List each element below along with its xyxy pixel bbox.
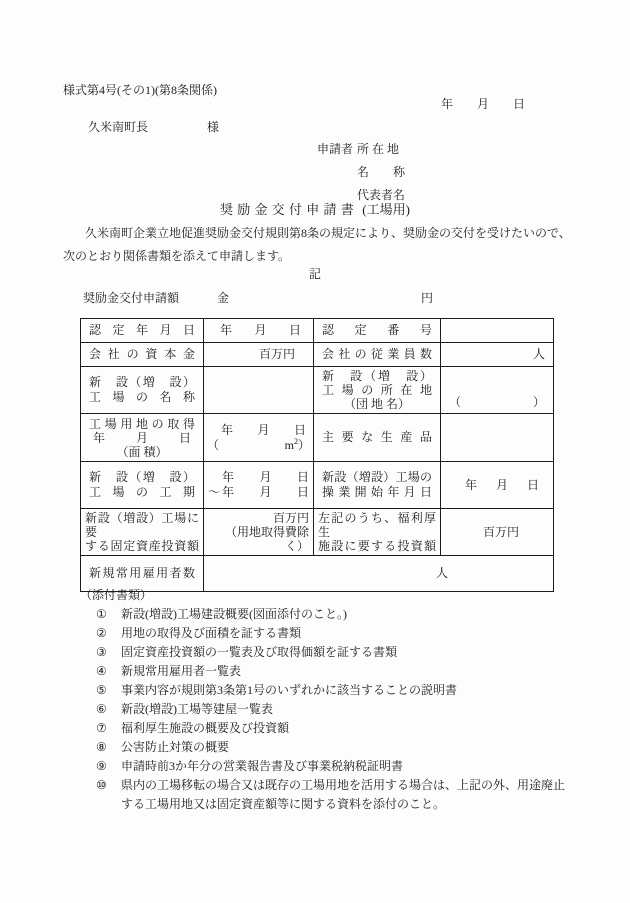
paren-open: （ xyxy=(207,438,219,453)
attachment-item-text: する工場用地又は固定資産額等に関する資料を添付のこと。 xyxy=(121,795,580,814)
cell-construction-period-label: 新 設（増 設） 工場の工期 xyxy=(81,462,204,509)
amount-label: 奨励金交付申請額 xyxy=(83,291,179,306)
document-title-main: 奨 励 金 交 付 申 請 書 xyxy=(220,202,354,217)
addressee: 久米南町長 xyxy=(88,120,148,135)
cell-factory-name-value xyxy=(204,367,314,414)
cell-welfare-investment-value: 百万円 xyxy=(441,509,554,556)
document-page: 様式第4号(その1)(第8条関係) 年 月 日 久米南町長 様 申請者 所 在 … xyxy=(0,0,630,903)
paren-close: ） xyxy=(533,395,545,410)
attachment-item-text: 福利厚生施設の概要及び投資額 xyxy=(121,719,580,738)
attachment-item-text: 公害防止対策の概要 xyxy=(121,738,580,757)
attachment-item-text: 新規常用雇用者一覧表 xyxy=(121,662,580,681)
body-line-1: 久米南町企業立地促進奨励金交付規則第8条の規定により、奨励金の交付を受けたいので… xyxy=(85,226,571,241)
attachment-item-text: 固定資産投資額の一覧表及び取得価額を証する書類 xyxy=(121,643,580,662)
attachment-item-number: ⑥ xyxy=(96,700,121,719)
table-row: 会社の資本金 百万円 会社の従業員数 人 xyxy=(81,343,554,367)
cell-land-acquisition-value: 年 月 日 （ m2） xyxy=(204,414,314,462)
amount-prefix: 金 xyxy=(217,291,229,306)
document-title: 奨 励 金 交 付 申 請 書(工場用) xyxy=(0,202,630,218)
cell-certification-date-value: 年 月 日 xyxy=(204,319,314,343)
cell-main-products-label: 主要な生産品 xyxy=(314,414,441,462)
attachment-item: ⑤ 事業内容が規則第3条第1号のいずれかに該当することの説明書 xyxy=(96,681,580,700)
attachment-list: ① 新設(増設)工場建設概要(図面添付のこと。) ② 用地の取得及び面積を証する… xyxy=(80,605,580,814)
cell-fixed-asset-investment-value: 百万円 （用地取得費除く） xyxy=(204,509,314,556)
attachment-item-number: ① xyxy=(96,605,121,624)
applicant-address-label: 所 在 地 xyxy=(357,142,399,157)
document-title-suffix: (工場用) xyxy=(362,202,410,217)
attachment-item-number xyxy=(96,795,121,814)
record-mark: 記 xyxy=(0,267,630,282)
cell-fixed-asset-investment-label: 新設（増設）工場に要 する固定資産投資額 xyxy=(81,509,204,556)
attachment-item-number: ② xyxy=(96,624,121,643)
attachment-item: ③ 固定資産投資額の一覧表及び取得価額を証する書類 xyxy=(96,643,580,662)
cell-factory-location-value: （ ） xyxy=(441,367,554,414)
attachment-item-number: ⑧ xyxy=(96,738,121,757)
cell-welfare-investment-label: 左記のうち、福利厚生 施設に要する投資額 xyxy=(314,509,441,556)
attachment-item: ② 用地の取得及び面積を証する書類 xyxy=(96,624,580,643)
attachment-item: ⑥ 新設(増設)工場等建屋一覧表 xyxy=(96,700,580,719)
attachment-item-number: ⑩ xyxy=(96,776,121,795)
cell-capital-unit: 百万円 xyxy=(204,343,314,367)
attachment-item: ⑩ 県内の工場移転の場合又は既存の工場用地を活用する場合は、上記の外、用途廃止 xyxy=(96,776,580,795)
attachments-heading: （添付書類） xyxy=(80,586,580,605)
cell-employees-unit: 人 xyxy=(441,343,554,367)
amount-suffix: 円 xyxy=(421,291,433,306)
cell-certification-number-value xyxy=(441,319,554,343)
date-year-label: 年 xyxy=(441,97,453,112)
cell-factory-name-label: 新 設（増 設） 工場の名称 xyxy=(81,367,204,414)
area-unit: m2） xyxy=(285,438,310,453)
attachment-item: ④ 新規常用雇用者一覧表 xyxy=(96,662,580,681)
cell-certification-date-label: 認定年月日 xyxy=(81,319,204,343)
table-row: 新 設（増 設） 工場の工期 年 月 日 ～ xyxy=(81,462,554,509)
applicant-representative-label: 代表者名 xyxy=(357,188,405,203)
table-row: 認定年月日 年 月 日 認定番号 xyxy=(81,319,554,343)
paren-open: （ xyxy=(449,395,461,410)
attachments-section: （添付書類） ① 新設(増設)工場建設概要(図面添付のこと。) ② 用地の取得及… xyxy=(80,586,580,814)
attachment-item-text: 用地の取得及び面積を証する書類 xyxy=(121,624,580,643)
cell-employees-label: 会社の従業員数 xyxy=(314,343,441,367)
table-row: 工場用地の取得 年 月 日 （面 積） 年 月 日 （ xyxy=(81,414,554,462)
cell-certification-number-label: 認定番号 xyxy=(314,319,441,343)
date-day-label: 日 xyxy=(513,97,525,112)
attachment-item: する工場用地又は固定資産額等に関する資料を添付のこと。 xyxy=(96,795,580,814)
date-month-label: 月 xyxy=(477,97,489,112)
cell-main-products-value xyxy=(441,414,554,462)
applicant-name-label: 名 称 xyxy=(357,165,405,180)
date-line: 年 月 日 xyxy=(441,97,525,112)
cell-operation-start-label: 新設（増設）工場の 操業開始年月日 xyxy=(314,462,441,509)
cell-operation-start-value: 年 月 日 xyxy=(441,462,554,509)
attachment-item-number: ⑤ xyxy=(96,681,121,700)
cell-capital-label: 会社の資本金 xyxy=(81,343,204,367)
attachment-item: ⑧ 公害防止対策の概要 xyxy=(96,738,580,757)
attachment-item-number: ③ xyxy=(96,643,121,662)
form-number: 様式第4号(その1)(第8条関係) xyxy=(63,83,217,98)
attachment-item-number: ⑦ xyxy=(96,719,121,738)
cell-factory-location-label: 新 設（増 設） 工場の所在地 （団 地 名） xyxy=(314,367,441,414)
table-row: 新設（増設）工場に要 する固定資産投資額 百万円 （用地取得費除く） 左記のうち… xyxy=(81,509,554,556)
attachment-item-text: 申請時前3か年分の営業報告書及び事業税納税証明書 xyxy=(121,757,580,776)
cell-land-acquisition-label: 工場用地の取得 年 月 日 （面 積） xyxy=(81,414,204,462)
attachment-item: ⑦ 福利厚生施設の概要及び投資額 xyxy=(96,719,580,738)
attachment-item-number: ⑨ xyxy=(96,757,121,776)
attachment-item-text: 県内の工場移転の場合又は既存の工場用地を活用する場合は、上記の外、用途廃止 xyxy=(121,776,580,795)
table-row: 新 設（増 設） 工場の名称 新 設（増 設） 工場の所在地 （団 地 名） （… xyxy=(81,367,554,414)
attachment-item: ① 新設(増設)工場建設概要(図面添付のこと。) xyxy=(96,605,580,624)
tilde-mark: ～ xyxy=(208,485,218,500)
attachment-item-text: 新設(増設)工場建設概要(図面添付のこと。) xyxy=(121,605,580,624)
body-line-2: 次のとおり関係書類を添えて申請します。 xyxy=(63,249,290,264)
attachment-item-number: ④ xyxy=(96,662,121,681)
application-table: 認定年月日 年 月 日 認定番号 会社の資本金 百万円 会社の従業員数 人 xyxy=(80,318,554,592)
cell-construction-period-value: 年 月 日 ～ 年 月 日 xyxy=(204,462,314,509)
attachment-item-text: 新設(増設)工場等建屋一覧表 xyxy=(121,700,580,719)
applicant-label: 申請者 xyxy=(317,142,353,157)
attachment-item: ⑨ 申請時前3か年分の営業報告書及び事業税納税証明書 xyxy=(96,757,580,776)
addressee-honorific: 様 xyxy=(207,120,219,135)
attachment-item-text: 事業内容が規則第3条第1号のいずれかに該当することの説明書 xyxy=(121,681,580,700)
